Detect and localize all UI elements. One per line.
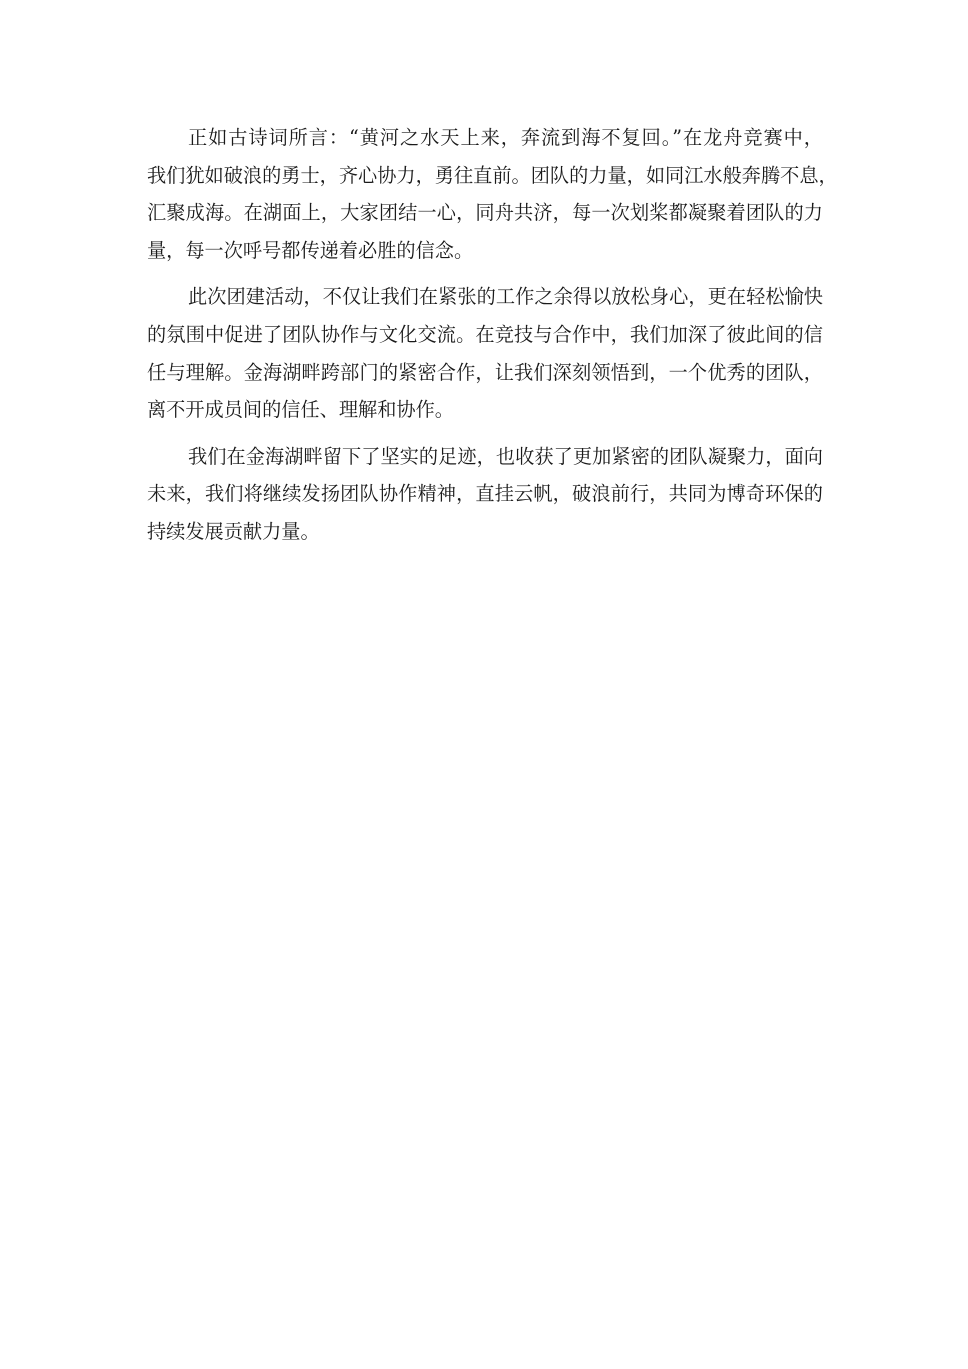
paragraph-3: 我们在金海湖畔留下了坚实的足迹，也收获了更加紧密的团队凝聚力，面向 未来，我们将… — [147, 438, 823, 551]
text-line: 未来，我们将继续发扬团队协作精神，直挂云帆，破浪前行，共同为博奇环保的 — [147, 475, 823, 513]
document-body: 正如古诗词所言：“黄河之水天上来，奔流到海不复回。”在龙舟竞赛中， 我们犹如破浪… — [147, 119, 823, 560]
document-page: 正如古诗词所言：“黄河之水天上来，奔流到海不复回。”在龙舟竞赛中， 我们犹如破浪… — [0, 0, 968, 1369]
text-line: 量，每一次呼号都传递着必胜的信念。 — [147, 232, 823, 270]
text-line: 任与理解。金海湖畔跨部门的紧密合作，让我们深刻领悟到，一个优秀的团队， — [147, 354, 823, 392]
text-line: 此次团建活动，不仅让我们在紧张的工作之余得以放松身心，更在轻松愉快 — [147, 278, 823, 316]
text-line: 我们在金海湖畔留下了坚实的足迹，也收获了更加紧密的团队凝聚力，面向 — [147, 438, 823, 476]
text-line: 的氛围中促进了团队协作与文化交流。在竞技与合作中，我们加深了彼此间的信 — [147, 316, 823, 354]
text-line: 持续发展贡献力量。 — [147, 513, 823, 551]
paragraph-1: 正如古诗词所言：“黄河之水天上来，奔流到海不复回。”在龙舟竞赛中， 我们犹如破浪… — [147, 119, 823, 269]
paragraph-2: 此次团建活动，不仅让我们在紧张的工作之余得以放松身心，更在轻松愉快 的氛围中促进… — [147, 278, 823, 428]
text-line: 离不开成员间的信任、理解和协作。 — [147, 391, 823, 429]
text-line: 我们犹如破浪的勇士，齐心协力，勇往直前。团队的力量，如同江水般奔腾不息， — [147, 157, 823, 195]
text-line: 正如古诗词所言：“黄河之水天上来，奔流到海不复回。”在龙舟竞赛中， — [147, 119, 823, 157]
text-line: 汇聚成海。在湖面上，大家团结一心，同舟共济，每一次划桨都凝聚着团队的力 — [147, 194, 823, 232]
